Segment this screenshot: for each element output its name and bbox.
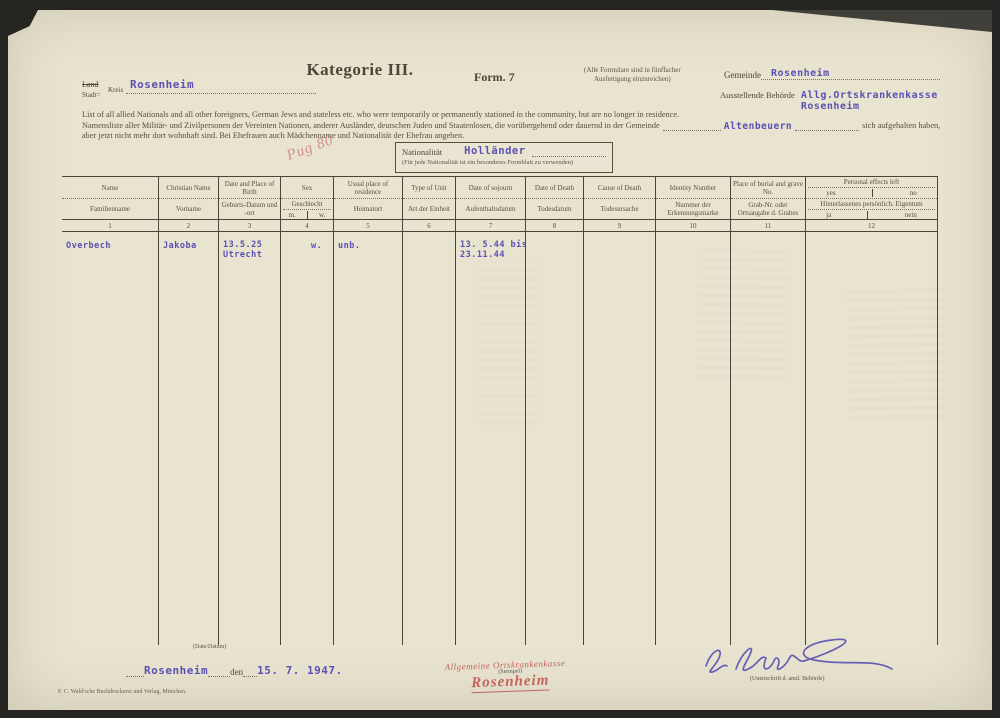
- col2-number: 2: [159, 220, 218, 232]
- col11-header-en: Place of burial and grave No.: [731, 177, 805, 199]
- effects-yes-label: yes: [826, 189, 835, 197]
- col12-header-de: Hinterlassenes persönlich. Eigentum ja n…: [806, 199, 937, 220]
- col1-number: 1: [62, 220, 158, 232]
- col12-header-en: Personal effects left yes no: [806, 177, 937, 199]
- col11-number: 11: [731, 220, 805, 232]
- col8-header-de: Todesdatum: [526, 199, 583, 220]
- intro-line-english: List of all allied Nationals and all oth…: [82, 110, 962, 121]
- intro-line-german2: aber jetzt nicht mehr dort wohnhaft sind…: [82, 131, 962, 142]
- col9-header-en: Cause of Death: [584, 177, 655, 199]
- col10-number: 10: [656, 220, 730, 232]
- entry-residence: unb.: [338, 241, 360, 251]
- col1-header-en: Name: [62, 177, 158, 199]
- entry-name: Overbech: [66, 241, 111, 251]
- copies-note: (Alle Formulare sind in fünffacher Ausfe…: [584, 66, 681, 84]
- col7-number: 7: [456, 220, 525, 232]
- col6-number: 6: [403, 220, 455, 232]
- copies-note-line2: Ausfertigung einzureichen): [584, 75, 681, 84]
- col10-header-en: Identity Number: [656, 177, 730, 199]
- col2-header-de: Vorname: [159, 199, 218, 220]
- effects-ja-label: ja: [826, 211, 831, 219]
- nationality-label: Nationalität: [402, 147, 442, 157]
- col3-header-de: Geburts-Datum und -ort: [219, 199, 280, 220]
- col4-number: 4: [281, 220, 333, 232]
- intro-german-part1: Namensliste aller Militär- und Zivilpers…: [82, 121, 660, 132]
- district-dotted-line: [126, 93, 316, 94]
- signature-caption: (Unterschrift d. amtl. Behörde): [750, 676, 824, 682]
- entry-sex: w.: [311, 241, 322, 251]
- sex-female-label: w.: [319, 211, 325, 219]
- page-title: Kategorie III.: [260, 60, 460, 80]
- printer-imprint: F. C. Wahl'sche Buchdruckerei und Verlag…: [58, 689, 187, 695]
- issuing-authority-value-line1: Allg.Ortskrankenkasse: [801, 90, 938, 101]
- col9-header-de: Todesursache: [584, 199, 655, 220]
- gemeinde-label: Gemeinde: [724, 70, 761, 80]
- entry-birth-place: Utrecht: [223, 251, 277, 261]
- entry-christian-name: Jakoba: [163, 241, 197, 251]
- stamp-line2: Rosenheim: [471, 672, 550, 693]
- issuing-authority-field: Ausstellende Behörde Allg.Ortskrankenkas…: [720, 90, 938, 112]
- entry-sojourn-to: 23.11.44: [460, 251, 522, 261]
- col3-header-en: Date and Place of Birth: [219, 177, 280, 199]
- gemeinde-field: Gemeinde Rosenheim: [724, 68, 940, 80]
- form-number: Form. 7: [474, 70, 515, 85]
- authority-stamp: Allgemeine Ortskrankenkasse (Stempel) Ro…: [444, 658, 566, 694]
- community-typed-value: Altenbeuern: [724, 122, 792, 133]
- nationality-value: Holländer: [464, 145, 525, 157]
- col5-number: 5: [334, 220, 402, 232]
- col12-number: 12: [806, 220, 937, 232]
- col6-header-en: Type of Unit: [403, 177, 455, 199]
- col4-header-de: Geschlecht m. w.: [281, 199, 333, 220]
- col10-header-de: Nummer der Erkennungsmarke: [656, 199, 730, 220]
- gemeinde-value: Rosenheim: [771, 68, 830, 79]
- col7-header-de: Aufenthaltsdatum: [456, 199, 525, 220]
- col2-header-en: Christian Name: [159, 177, 218, 199]
- footer-place: Rosenheim: [144, 664, 208, 677]
- col3-number: 3: [219, 220, 280, 232]
- effects-no-label: no: [910, 189, 917, 197]
- intro-line-german: Namensliste aller Militär- und Zivilpers…: [82, 121, 962, 132]
- footer-date: 15. 7. 1947.: [257, 664, 342, 677]
- date-line: Rosenheim den 15. 7. 1947.: [126, 664, 343, 677]
- nationality-note: (Für jede Nationalität ist ein besondere…: [402, 159, 606, 166]
- col4-header-en: Sex: [281, 177, 333, 199]
- nationality-box: Nationalität Holländer (Für jede Nationa…: [395, 142, 613, 173]
- col9-number: 9: [584, 220, 655, 232]
- issuing-authority-label: Ausstellende Behörde: [720, 90, 795, 112]
- col1-header-de: Familienname: [62, 199, 158, 220]
- ink-bleed-smudge: [697, 249, 789, 381]
- stadt-label: Stadt=: [82, 91, 100, 99]
- scan-edge-shadow: [772, 10, 992, 32]
- sex-male-label: m.: [289, 211, 296, 219]
- document-page: Kategorie III. Form. 7 (Alle Formulare s…: [8, 10, 992, 710]
- col8-header-en: Date of Death: [526, 177, 583, 199]
- district-value: Rosenheim: [130, 78, 194, 91]
- ink-bleed-smudge: [847, 289, 949, 421]
- col5-header-de: Heimatort: [334, 199, 402, 220]
- effects-nein-label: nein: [905, 211, 917, 219]
- col5-header-en: Usual place of residence: [334, 177, 402, 199]
- den-label: den: [230, 667, 243, 677]
- col6-header-de: Art der Einheit: [403, 199, 455, 220]
- table-header: Name Familienname 1 Christian Name Vorna…: [62, 177, 938, 232]
- col8-number: 8: [526, 220, 583, 232]
- col7-header-en: Date of sojourn: [456, 177, 525, 199]
- ink-bleed-smudge: [478, 260, 538, 430]
- intro-paragraph: List of all allied Nationals and all oth…: [82, 110, 962, 142]
- copies-note-line1: (Alle Formulare sind in fünffacher: [584, 66, 681, 75]
- col11-header-de: Grab-Nr. oder Ortsangabe d. Grabes: [731, 199, 805, 220]
- intro-german-part2: sich aufgehalten haben,: [862, 121, 940, 132]
- scan-corner-notch: [8, 10, 38, 36]
- date-caption: (Date/Datum): [193, 644, 226, 650]
- kreis-label: Kreis: [108, 86, 123, 94]
- land-label-struck: Land: [82, 80, 98, 89]
- district-field: Land Kreis Stadt= Rosenheim: [82, 80, 322, 110]
